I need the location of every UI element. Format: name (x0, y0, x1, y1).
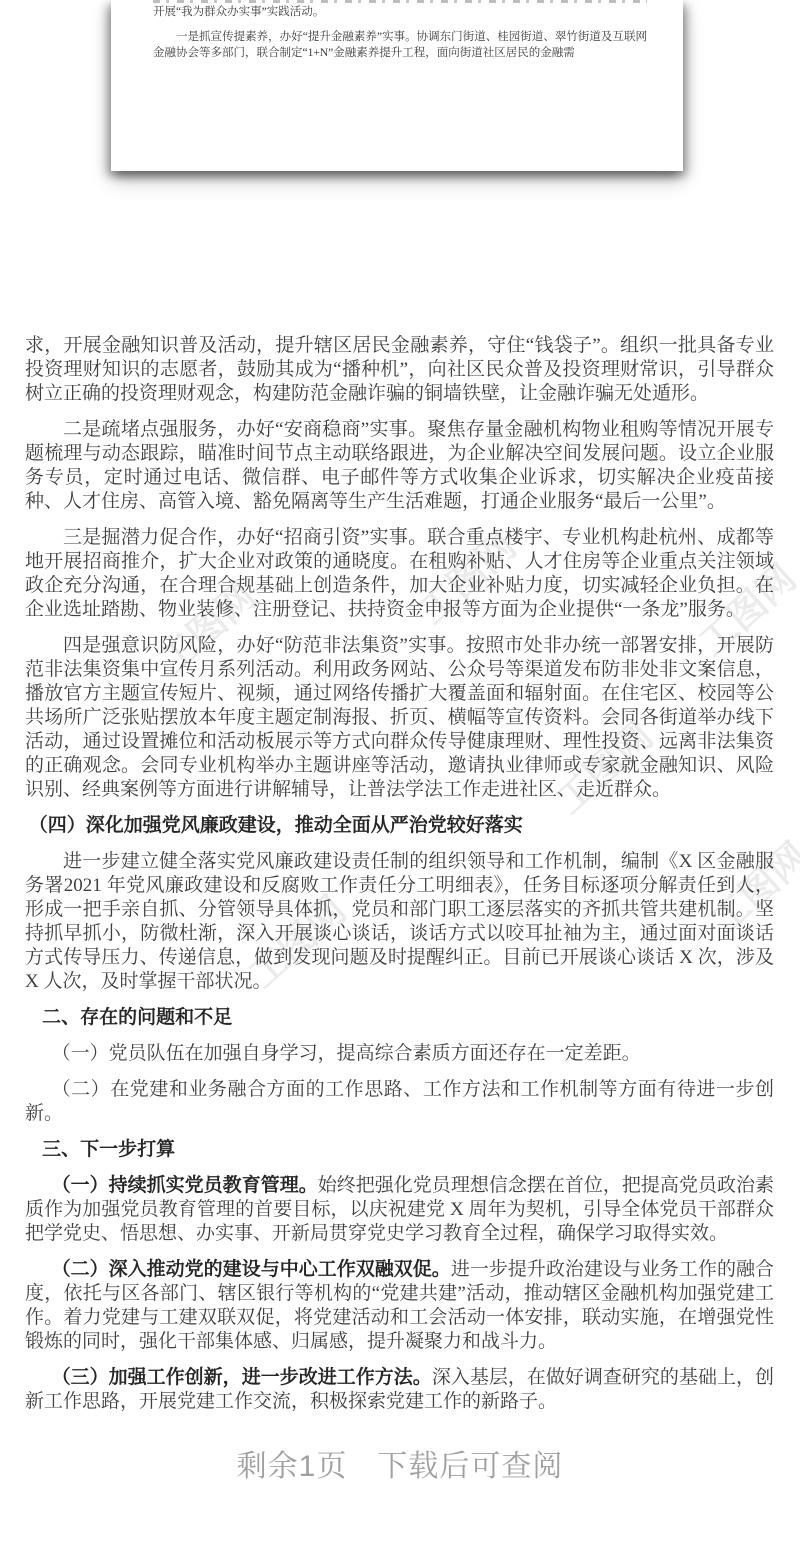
doc-paragraph: （三）加强工作创新，进一步改进工作方法。深入基层，在做好调查研究的基础上，创新工… (25, 1366, 774, 1414)
paragraph-lead: （二）深入推动党的建设与中心工作双融双促。 (52, 1259, 451, 1280)
doc-heading: 二、存在的问题和不足 (25, 1006, 774, 1030)
paragraph-text: 二、存在的问题和不足 (42, 1007, 232, 1028)
doc-heading: 三、下一步打算 (25, 1138, 774, 1162)
paragraph-text: （一）党员队伍在加强自身学习，提高综合素质方面还存在一定差距。 (52, 1043, 641, 1064)
paragraph-text: 四是强意识防风险，办好“防范非法集资”实事。按照市处非办统一部署安排，开展防范非… (25, 635, 774, 800)
card-text-line: 开展“我为群众办实事”实践活动。 (153, 4, 647, 20)
doc-paragraph: （二）深入推动党的建设与中心工作双融双促。进一步提升政治建设与业务工作的融合度，… (25, 1258, 774, 1354)
doc-paragraph: （一）持续抓实党员教育管理。始终把强化党员理想信念摆在首位，把提高党员政治素质作… (25, 1174, 774, 1246)
paragraph-text: 进一步建立健全落实党风廉政建设责任制的组织领导和工作机制，编制《X 区金融服务署… (25, 851, 774, 992)
paragraph-text: 二是疏堵点强服务，办好“安商稳商”实事。聚焦存量金融机构物业租购等情况开展专题梳… (25, 419, 774, 512)
doc-paragraph: 四是强意识防风险，办好“防范非法集资”实事。按照市处非办统一部署安排，开展防范非… (25, 634, 774, 802)
card-paragraph: 一是抓宣传提素养，办好“提升金融素养”实事。协调东门街道、桂园街道、翠竹街道及互… (153, 29, 647, 61)
download-hint-text: 下载后可查阅 (377, 1450, 563, 1483)
clipped-text-line (153, 0, 647, 3)
paragraph-lead: （三）加强工作创新，进一步改进工作方法。 (52, 1367, 432, 1388)
paragraph-text: （二）在党建和业务融合方面的工作思路、工作方法和工作机制等方面有待进一步创新。 (25, 1079, 774, 1124)
doc-paragraph: 进一步建立健全落实党风廉政建设责任制的组织领导和工作机制，编制《X 区金融服务署… (25, 850, 774, 994)
doc-paragraph: （一）党员队伍在加强自身学习，提高综合素质方面还存在一定差距。 (25, 1042, 774, 1066)
paragraph-text: 三、下一步打算 (42, 1139, 175, 1160)
remaining-pages-text: 剩余1页 (237, 1450, 348, 1483)
doc-paragraph: 二是疏堵点强服务，办好“安商稳商”实事。聚焦存量金融机构物业租购等情况开展专题梳… (25, 418, 774, 514)
paragraph-text: 求，开展金融知识普及活动，提升辖区居民金融素养，守住“钱袋子”。组织一批具备专业… (25, 335, 774, 404)
previous-page-card: 开展“我为群众办实事”实践活动。 一是抓宣传提素养，办好“提升金融素养”实事。协… (111, 0, 683, 171)
document-body: 求，开展金融知识普及活动，提升辖区居民金融素养，守住“钱袋子”。组织一批具备专业… (0, 334, 800, 1426)
doc-paragraph: 三是掘潜力促合作，办好“招商引资”实事。联合重点楼宇、专业机构赴杭州、成都等地开… (25, 526, 774, 622)
remaining-pages-notice: 剩余1页下载后可查阅 (0, 1441, 800, 1485)
paragraph-text: （四）深化加强党风廉政建设，推动全面从严治党较好落实 (29, 815, 523, 836)
paragraph-text: 三是掘潜力促合作，办好“招商引资”实事。联合重点楼宇、专业机构赴杭州、成都等地开… (25, 527, 774, 620)
doc-paragraph: （二）在党建和业务融合方面的工作思路、工作方法和工作机制等方面有待进一步创新。 (25, 1078, 774, 1126)
paragraph-lead: （一）持续抓实党员教育管理。 (52, 1175, 318, 1196)
doc-heading: （四）深化加强党风廉政建设，推动全面从严治党较好落实 (25, 814, 774, 838)
doc-paragraph: 求，开展金融知识普及活动，提升辖区居民金融素养，守住“钱袋子”。组织一批具备专业… (25, 334, 774, 406)
